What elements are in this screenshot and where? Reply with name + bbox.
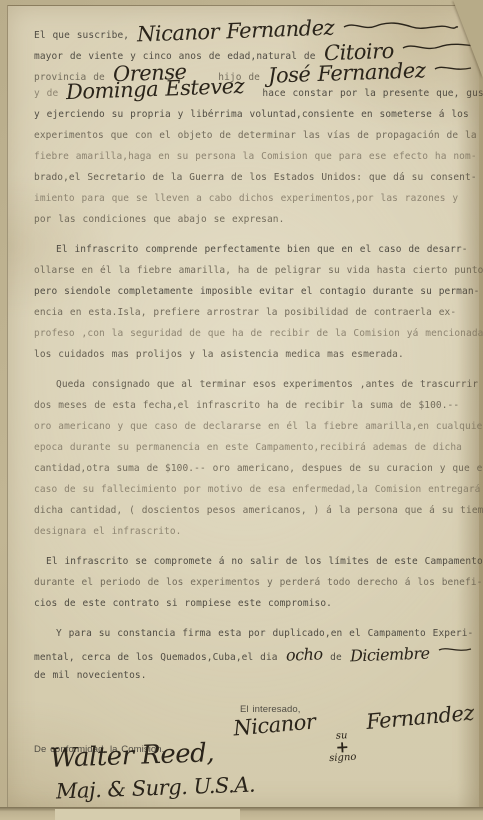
document-line: imiento para que se lleven a cabo dichos…: [34, 188, 467, 209]
document-line: y ejerciendo su propria y libérrima volu…: [34, 104, 467, 125]
document-line: cantidad,otra suma de $100.-- oro americ…: [34, 458, 467, 479]
paper-bottom-edge: [0, 807, 483, 820]
document-line: dos meses de esta fecha,el infrascrito h…: [34, 395, 467, 416]
handwritten-month: Diciembre: [350, 649, 430, 662]
handwritten-mother-name: Dominga Estevez: [66, 81, 244, 97]
document-photo: El que suscribe,Nicanor Fernandez mayor …: [0, 0, 483, 820]
typed-text: El que suscribe,: [34, 30, 129, 41]
document-line: durante el periodo de los experimentos y…: [34, 572, 467, 593]
document-line: fiebre amarilla,haga en su persona la Co…: [34, 146, 467, 167]
document-line: Y para su constancia firma esta por dupl…: [34, 623, 467, 644]
signer-last-name: Fernandez: [366, 708, 474, 727]
typed-text: de: [330, 652, 342, 663]
handwritten-day: ocho: [285, 649, 322, 660]
document-line: caso de su fallecimiento por motivo de e…: [34, 479, 467, 500]
paragraph-obligation: El infrascrito se compromete á no salir …: [34, 551, 467, 614]
paragraph-payment: Queda consignado que al terminar esos ex…: [34, 374, 467, 542]
paragraph-risk: El infrascrito comprende perfectamente b…: [34, 239, 467, 365]
cut-corner: [453, 0, 483, 78]
document-line: dicha cantidad, ( doscientos pesos ameri…: [34, 500, 467, 521]
mark-word-bottom: signo: [329, 753, 357, 763]
typed-text: y de: [34, 88, 58, 99]
document-line: de mil novecientos.: [34, 665, 467, 686]
signer-first-name: Nicanor: [233, 716, 316, 733]
document-line: y deDominga Estevezhace constar por la p…: [34, 83, 467, 104]
signer-signature: Nicanorsu+signoFernandez: [225, 704, 483, 769]
document-line: profeso ,con la seguridad de que ha de r…: [34, 323, 467, 344]
flourish-line: [437, 644, 473, 654]
typed-text: mental, cerca de los Quemados,Cuba,el di…: [34, 652, 278, 663]
paragraph-closing: Y para su constancia firma esta por dupl…: [34, 623, 467, 686]
paper-sheet: El que suscribe,Nicanor Fernandez mayor …: [7, 5, 479, 808]
signers-mark: su+signo: [328, 731, 357, 763]
typed-text: hace constar por la presente que, gustos…: [262, 88, 483, 99]
handwritten-father-name: José Fernandez: [268, 65, 426, 80]
document-line: encia en esta.Isla, prefiere arrostrar l…: [34, 302, 467, 323]
document-line: los cuidados mas prolijos y la asistenci…: [34, 344, 467, 365]
page-text: El que suscribe,Nicanor Fernandez mayor …: [8, 6, 479, 820]
document-line: por las condiciones que abajo se expresa…: [34, 209, 467, 230]
document-line: mental, cerca de los Quemados,Cuba,el di…: [34, 644, 467, 665]
handwritten-birthplace: Citoiro: [323, 46, 393, 58]
walter-reed-signature: Walter Reed,: [50, 748, 214, 764]
document-line: cios de este contrato si rompiese este c…: [34, 593, 467, 614]
document-line: El infrascrito se compromete á no salir …: [34, 551, 467, 572]
document-line: brado,el Secretario de la Guerra de los …: [34, 167, 467, 188]
document-line: designara el infrascrito.: [34, 521, 467, 542]
surgeon-title-signature: Maj. & Surg. U.S.A.: [56, 780, 255, 797]
document-line: ollarse en él la fiebre amarilla, ha de …: [34, 260, 467, 281]
flourish-line: [342, 20, 460, 32]
document-line: experimentos que con el objeto de determ…: [34, 125, 467, 146]
document-line: epoca durante su permanencia en este Cam…: [34, 437, 467, 458]
document-line: El infrascrito comprende perfectamente b…: [34, 239, 467, 260]
document-line: pero siendole completamente imposible ev…: [34, 281, 467, 302]
document-line: El que suscribe,Nicanor Fernandez: [34, 20, 467, 41]
paragraph-intro: El que suscribe,Nicanor Fernandez mayor …: [34, 20, 467, 230]
signature-block: El interesado, Nicanorsu+signoFernandez …: [34, 695, 467, 820]
document-line: Queda consignado que al terminar esos ex…: [34, 374, 467, 395]
handwritten-name: Nicanor Fernandez: [137, 23, 334, 40]
document-line: oro americano y que caso de declararse e…: [34, 416, 467, 437]
